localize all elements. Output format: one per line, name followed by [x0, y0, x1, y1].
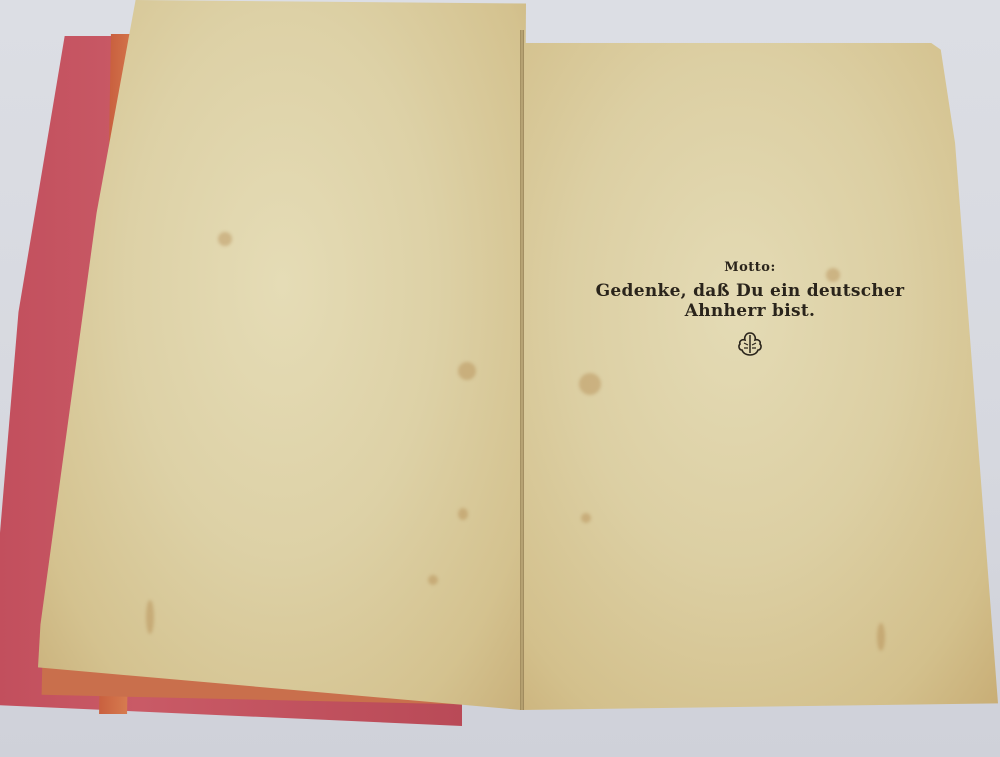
foxing-stain	[458, 508, 468, 520]
motto-text: Gedenke, daß Du ein deutscher Ahnherr bi…	[560, 281, 940, 321]
book-gutter	[520, 30, 524, 710]
motto-label: Motto:	[560, 260, 940, 275]
foxing-stain	[579, 373, 601, 395]
motto-block: Motto: Gedenke, daß Du ein deutscher Ahn…	[560, 260, 940, 357]
foxing-stain	[146, 600, 154, 634]
fleuron-ornament-icon	[736, 331, 764, 357]
foxing-stain	[581, 513, 591, 523]
foxing-stain	[218, 232, 232, 246]
foxing-stain	[428, 575, 438, 585]
foxing-stain	[458, 362, 476, 380]
foxing-stain	[877, 623, 885, 651]
right-page	[521, 43, 998, 710]
